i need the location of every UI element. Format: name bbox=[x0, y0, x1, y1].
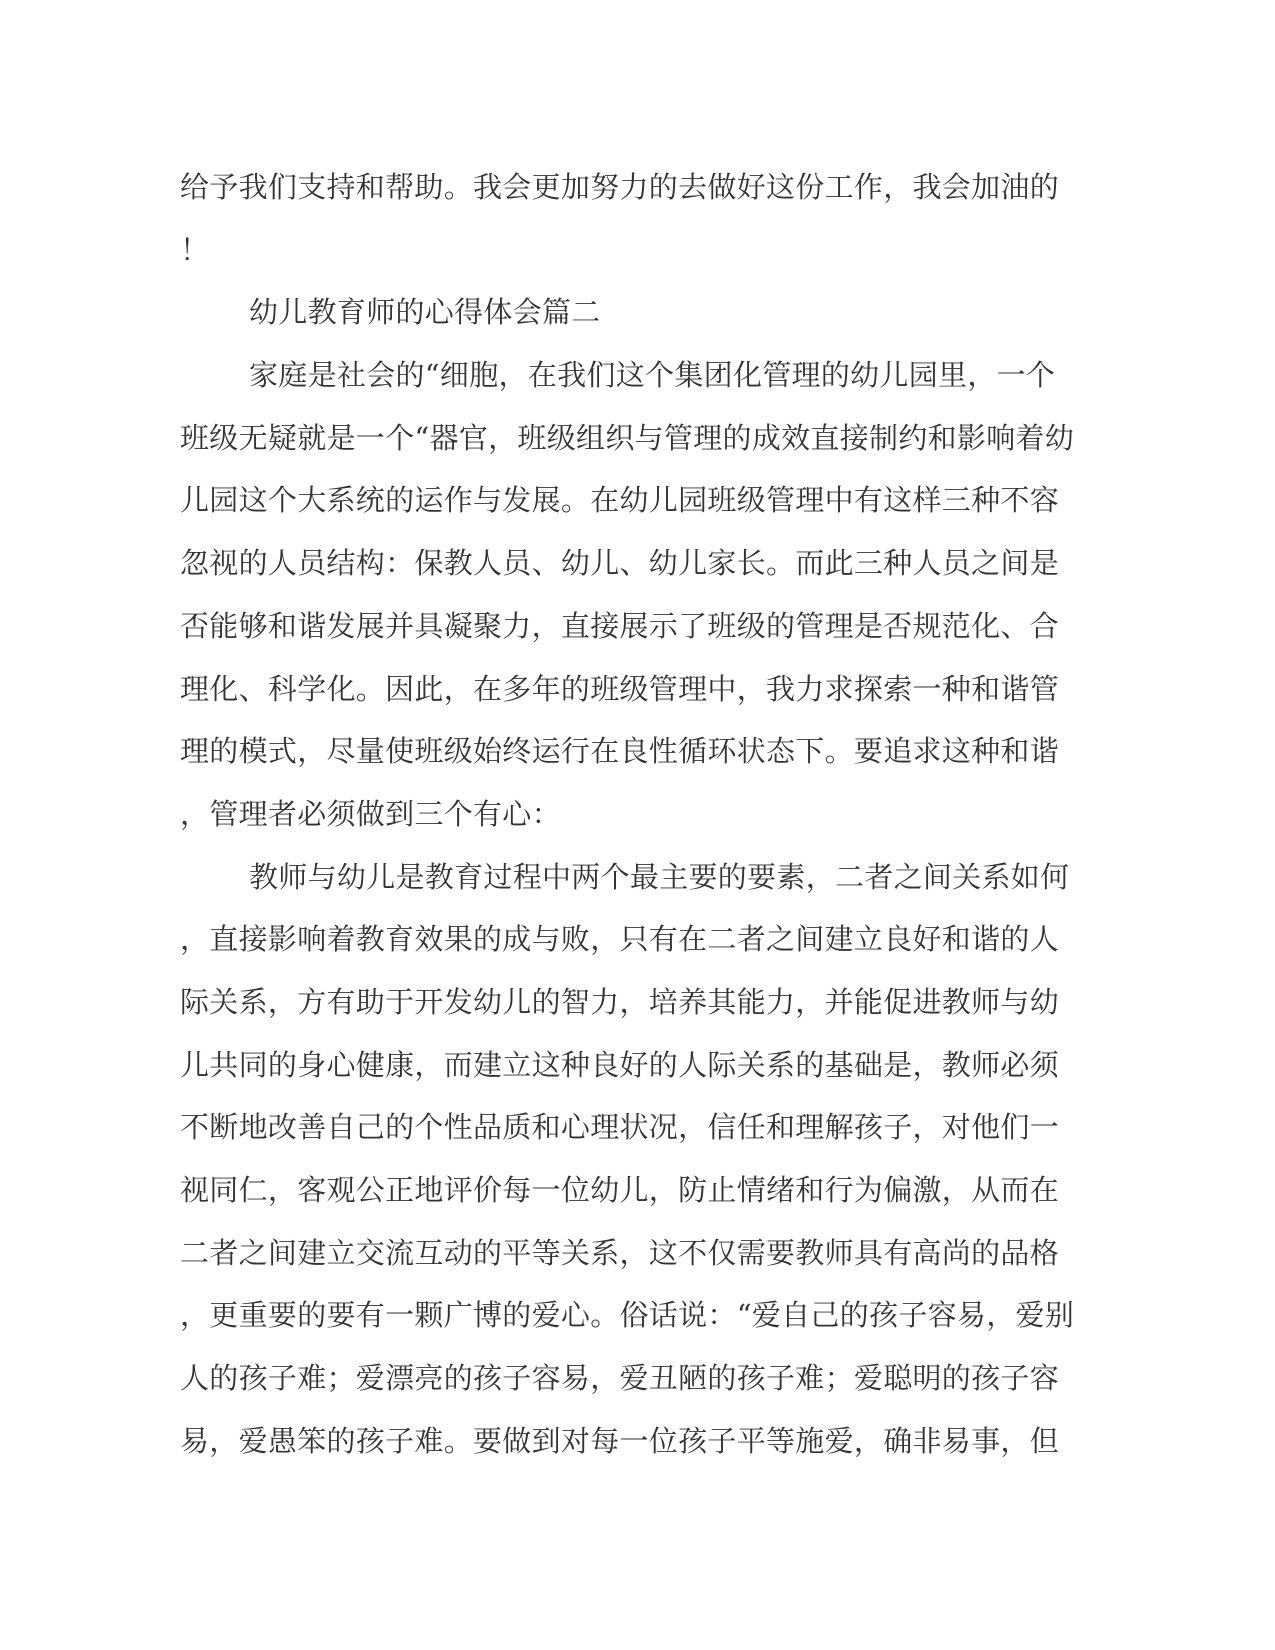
text-line: 理的模式，尽量使班级始终运行在良性循环状态下。要追求这种和谐 bbox=[180, 720, 1065, 783]
text-line: 班级无疑就是一个“器官，班级组织与管理的成效直接制约和影响着幼 bbox=[180, 407, 1065, 470]
text-line: 易，爱愚笨的孩子难。要做到对每一位孩子平等施爱，确非易事，但 bbox=[180, 1410, 1065, 1473]
text-line: 儿共同的身心健康，而建立这种良好的人际关系的基础是，教师必须 bbox=[180, 1034, 1065, 1097]
section-heading: 幼儿教育师的心得体会篇二 bbox=[180, 281, 1065, 344]
document-text-block: 给予我们支持和帮助。我会更加努力的去做好这份工作，我会加油的 ！ 幼儿教育师的心… bbox=[180, 156, 1065, 1472]
text-line: ，管理者必须做到三个有心： bbox=[180, 783, 1065, 846]
text-line: ！ bbox=[180, 219, 1065, 282]
text-line: ，更重要的要有一颗广博的爱心。俗话说：“爱自己的孩子容易，爱别 bbox=[180, 1284, 1065, 1347]
text-line: 理化、科学化。因此，在多年的班级管理中，我力求探索一种和谐管 bbox=[180, 658, 1065, 721]
text-line: 儿园这个大系统的运作与发展。在幼儿园班级管理中有这样三种不容 bbox=[180, 469, 1065, 532]
text-line: 人的孩子难；爱漂亮的孩子容易，爱丑陋的孩子难；爱聪明的孩子容 bbox=[180, 1347, 1065, 1410]
document-page: 给予我们支持和帮助。我会更加努力的去做好这份工作，我会加油的 ！ 幼儿教育师的心… bbox=[0, 0, 1275, 1650]
text-line: ，直接影响着教育效果的成与败，只有在二者之间建立良好和谐的人 bbox=[180, 908, 1065, 971]
text-line: 给予我们支持和帮助。我会更加努力的去做好这份工作，我会加油的 bbox=[180, 156, 1065, 219]
text-line: 际关系，方有助于开发幼儿的智力，培养其能力，并能促进教师与幼 bbox=[180, 971, 1065, 1034]
text-line: 视同仁，客观公正地评价每一位幼儿，防止情绪和行为偏激，从而在 bbox=[180, 1159, 1065, 1222]
text-line: 家庭是社会的“细胞，在我们这个集团化管理的幼儿园里，一个 bbox=[180, 344, 1065, 407]
text-line: 不断地改善自己的个性品质和心理状况，信任和理解孩子，对他们一 bbox=[180, 1096, 1065, 1159]
text-line: 教师与幼儿是教育过程中两个最主要的要素，二者之间关系如何 bbox=[180, 846, 1065, 909]
text-line: 否能够和谐发展并具凝聚力，直接展示了班级的管理是否规范化、合 bbox=[180, 595, 1065, 658]
text-line: 二者之间建立交流互动的平等关系，这不仅需要教师具有高尚的品格 bbox=[180, 1222, 1065, 1285]
text-line: 忽视的人员结构：保教人员、幼儿、幼儿家长。而此三种人员之间是 bbox=[180, 532, 1065, 595]
